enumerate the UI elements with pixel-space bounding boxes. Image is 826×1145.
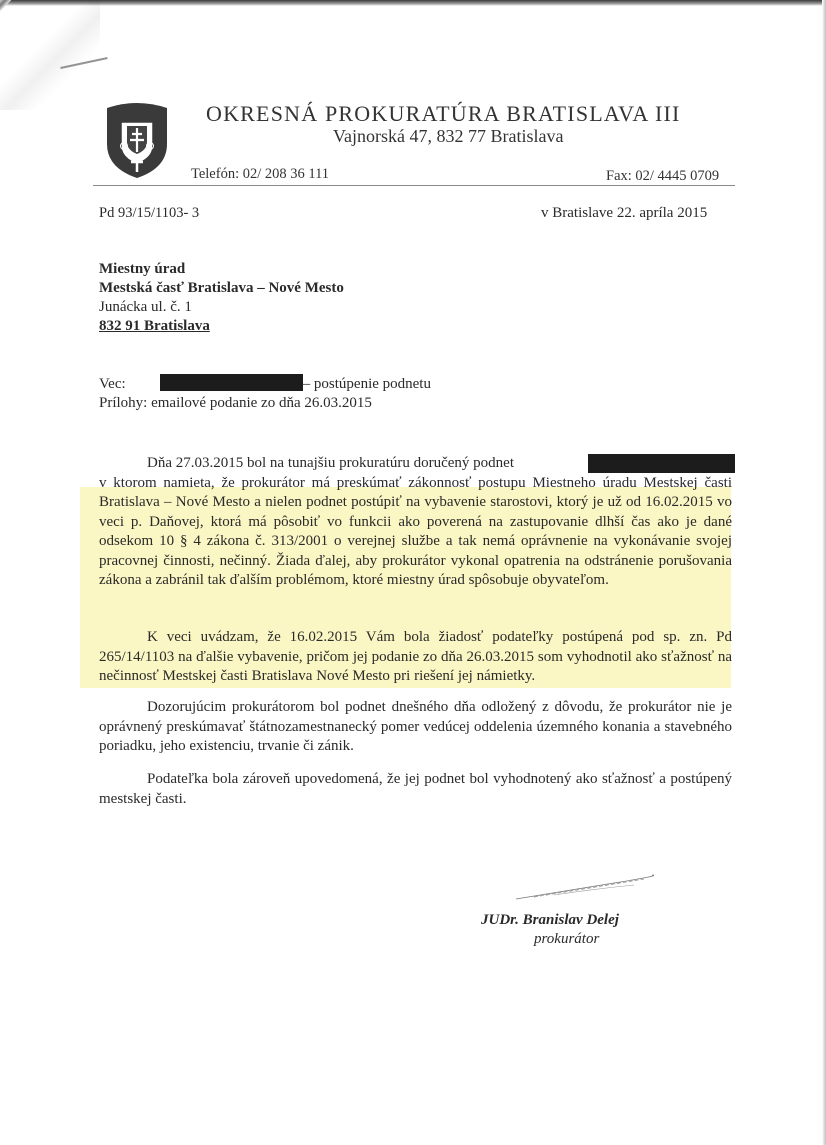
subject-text: – postúpenie podnetu — [303, 376, 431, 392]
fax-number: Fax: 02/ 4445 0709 — [606, 168, 719, 185]
attachments-text: emailové podanie zo dňa 26.03.2015 — [151, 395, 372, 411]
scan-top-edge — [0, 0, 826, 6]
signatory-role: prokurátor — [534, 931, 599, 948]
letter-date: v Bratislave 22. apríla 2015 — [541, 205, 707, 222]
redacted-name — [160, 374, 303, 391]
recipient-line-1: Miestny úrad — [99, 260, 344, 279]
redacted-complainant — [588, 454, 735, 473]
phone-number: Telefón: 02/ 208 36 111 — [191, 166, 329, 183]
attachments-label: Prílohy: — [99, 395, 147, 411]
paragraph-2: K veci uvádzam, že 16.02.2015 Vám bola ž… — [99, 628, 732, 687]
recipient-line-3: Junácka ul. č. 1 — [99, 298, 344, 317]
subject-block: Vec:– postúpenie podnetu Prílohy: emailo… — [99, 374, 431, 413]
reference-number: Pd 93/15/1103- 3 — [99, 205, 199, 222]
scan-right-edge — [822, 0, 826, 1145]
recipient-line-4: 832 91 Bratislava — [99, 317, 344, 336]
organization-address: Vajnorská 47, 832 77 Bratislava — [333, 126, 563, 147]
recipient-line-2: Mestská časť Bratislava – Nové Mesto — [99, 279, 344, 298]
organization-title: OKRESNÁ PROKURATÚRA BRATISLAVA III — [206, 101, 681, 127]
paragraph-3: Dozorujúcim prokurátorom bol podnet dneš… — [99, 698, 732, 757]
prosecution-emblem-icon — [101, 100, 173, 180]
page-fold-shadow — [0, 0, 100, 110]
subject-label: Vec: — [99, 376, 126, 392]
paragraph-1-body: v ktorom namieta, že prokurátor má presk… — [99, 474, 732, 591]
recipient-address: Miestny úrad Mestská časť Bratislava – N… — [99, 260, 344, 336]
handwritten-signature — [514, 873, 654, 903]
header-divider — [93, 185, 735, 186]
paragraph-1: Dňa 27.03.2015 bol na tunajšiu prokuratú… — [99, 454, 732, 591]
signatory-name: JUDr. Branislav Delej — [481, 912, 619, 929]
paragraph-4: Podateľka bola zároveň upovedomená, že j… — [99, 770, 732, 809]
